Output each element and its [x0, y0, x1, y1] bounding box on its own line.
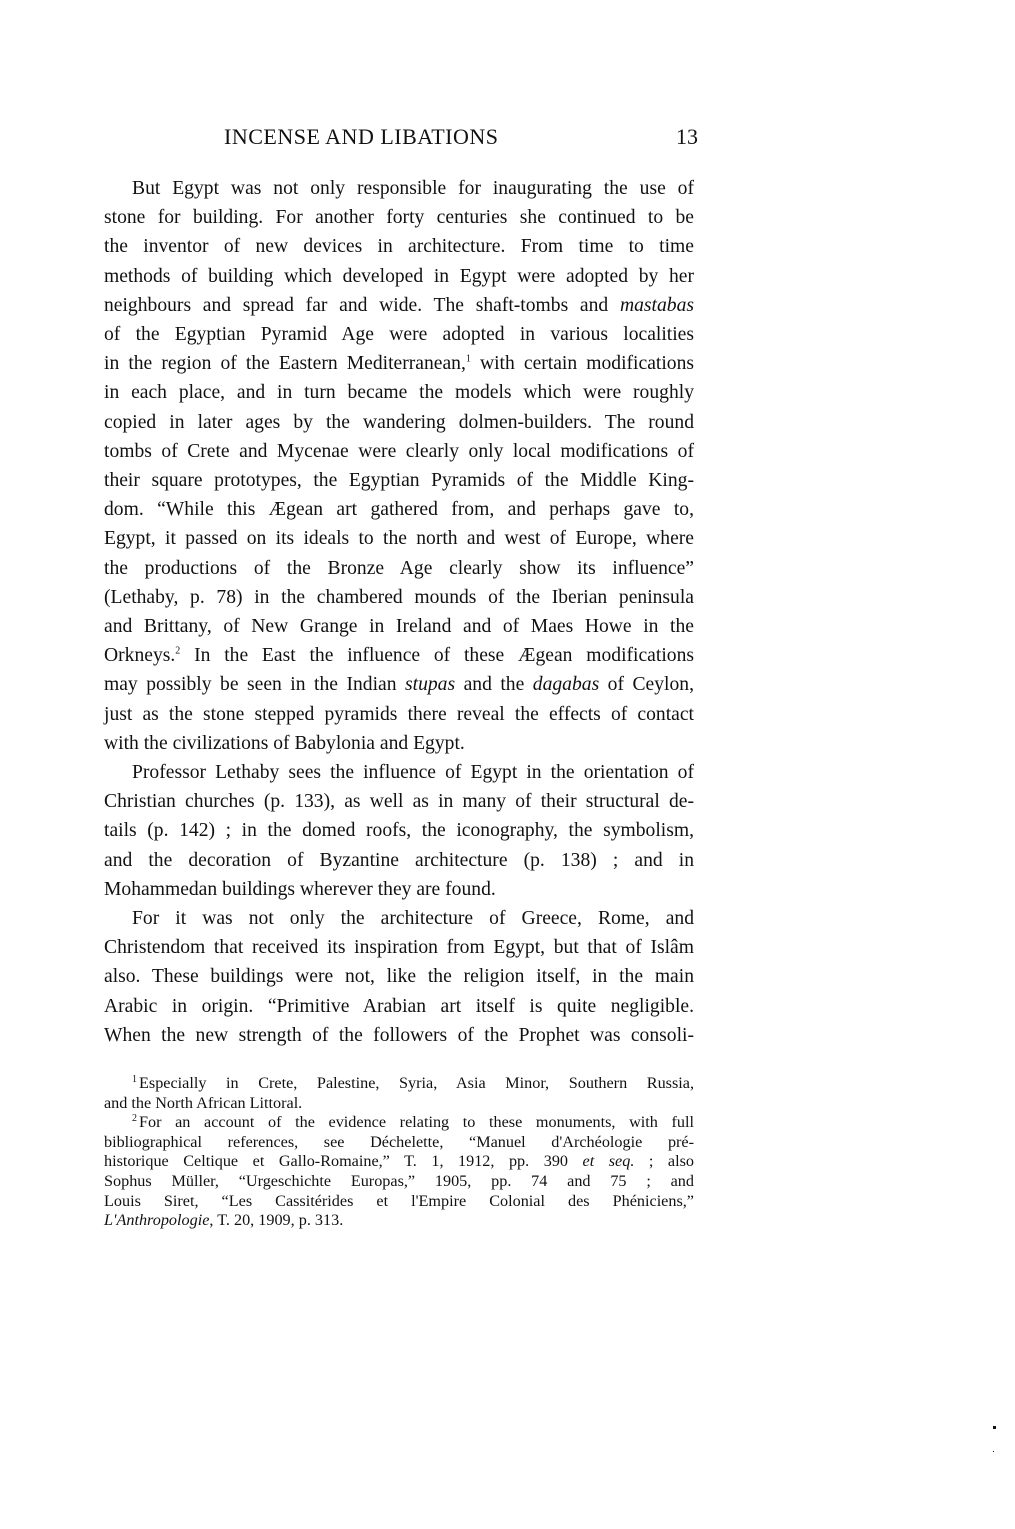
text-line: methods of building which developed in E…: [104, 262, 694, 291]
text-segment: Especially in Crete, Palestine, Syria, A…: [139, 1074, 694, 1092]
text-line: and Brittany, of New Grange in Ireland a…: [104, 612, 694, 641]
text-line: and the decoration of Byzantine architec…: [104, 846, 694, 875]
paragraph-1: But Egypt was not only responsible for i…: [104, 174, 694, 758]
footnote-number: 2: [132, 1113, 139, 1124]
footnote-line: bibliographical references, see Déchelet…: [104, 1133, 694, 1153]
text-line: Professor Lethaby sees the influence of …: [104, 758, 694, 787]
text-segment: Orkneys.: [104, 645, 175, 666]
footnote-line: historique Celtique et Gallo-Romaine,” T…: [104, 1152, 694, 1172]
footnote-number: 1: [132, 1074, 139, 1085]
footnote-1: 1Especially in Crete, Palestine, Syria, …: [104, 1074, 694, 1113]
body-text: But Egypt was not only responsible for i…: [104, 174, 694, 1050]
text-line: the inventor of new devices in architect…: [104, 232, 694, 261]
text-segment: and the: [455, 674, 533, 695]
text-segment: , T. 20, 1909, p. 313.: [209, 1211, 343, 1229]
text-line: neighbours and spread far and wide. The …: [104, 291, 694, 320]
text-line: Mohammedan buildings wherever they are f…: [104, 875, 694, 904]
text-segment: neighbours and spread far and wide. The …: [104, 295, 608, 316]
text-line: just as the stone stepped pyramids there…: [104, 700, 694, 729]
footnote-2: 2For an account of the evidence relating…: [104, 1113, 694, 1231]
footnote-line: 1Especially in Crete, Palestine, Syria, …: [104, 1074, 694, 1094]
italic-term: et seq.: [583, 1152, 635, 1170]
italic-term: dagabas: [533, 674, 599, 695]
text-line: tombs of Crete and Mycenae were clearly …: [104, 437, 694, 466]
text-segment: of Ceylon,: [599, 674, 694, 695]
text-line: with the civilizations of Babylonia and …: [104, 729, 694, 758]
text-segment: In the East the influence of these Ægean…: [180, 645, 694, 666]
text-line: (Lethaby, p. 78) in the chambered mounds…: [104, 583, 694, 612]
text-line: also. These buildings were not, like the…: [104, 962, 694, 991]
footnote-line: Louis Siret, “Les Cassitérides et l'Empi…: [104, 1192, 694, 1212]
footnote-line: L'Anthropologie, T. 20, 1909, p. 313.: [104, 1211, 694, 1231]
text-line: Orkneys.2 In the East the influence of t…: [104, 641, 694, 670]
paragraph-3: For it was not only the architecture of …: [104, 904, 694, 1050]
italic-term: mastabas: [620, 295, 694, 316]
text-segment: may possibly be seen in the Indian: [104, 674, 397, 695]
text-line: of the Egyptian Pyramid Age were adopted…: [104, 320, 694, 349]
text-line: Christendom that received its inspiratio…: [104, 933, 694, 962]
text-line: the productions of the Bronze Age clearl…: [104, 554, 694, 583]
text-line: may possibly be seen in the Indian stupa…: [104, 670, 694, 699]
paragraph-2: Professor Lethaby sees the influence of …: [104, 758, 694, 904]
text-line: stone for building. For another forty ce…: [104, 203, 694, 232]
text-line: in each place, and in turn became the mo…: [104, 378, 694, 407]
page-number: 13: [676, 124, 698, 150]
running-head: INCENSE AND LIBATIONS: [224, 124, 499, 150]
text-line: Christian churches (p. 133), as well as …: [104, 787, 694, 816]
text-line: But Egypt was not only responsible for i…: [104, 174, 694, 203]
text-line: For it was not only the architecture of …: [104, 904, 694, 933]
text-segment: ; also: [634, 1152, 694, 1170]
scan-speck: [993, 1426, 996, 1429]
text-segment: with certain modifications: [471, 353, 694, 374]
italic-term: stupas: [405, 674, 455, 695]
footnote-line: Sophus Müller, “Urgeschichte Europas,” 1…: [104, 1172, 694, 1192]
text-line: in the region of the Eastern Mediterrane…: [104, 349, 694, 378]
text-line: copied in later ages by the wandering do…: [104, 408, 694, 437]
footnote-line: and the North African Littoral.: [104, 1094, 694, 1114]
text-line: their square prototypes, the Egyptian Py…: [104, 466, 694, 495]
text-segment: For an account of the evidence relating …: [139, 1113, 694, 1131]
text-line: When the new strength of the followers o…: [104, 1021, 694, 1050]
text-line: Egypt, it passed on its ideals to the no…: [104, 524, 694, 553]
text-segment: historique Celtique et Gallo-Romaine,” T…: [104, 1152, 568, 1170]
scan-speck: [993, 1451, 994, 1452]
page-header: INCENSE AND LIBATIONS 13: [104, 124, 698, 154]
text-line: Arabic in origin. “Primitive Arabian art…: [104, 992, 694, 1021]
footnote-line: 2For an account of the evidence relating…: [104, 1113, 694, 1133]
text-line: tails (p. 142) ; in the domed roofs, the…: [104, 816, 694, 845]
footnotes: 1Especially in Crete, Palestine, Syria, …: [104, 1074, 694, 1231]
text-line: dom. “While this Ægean art gathered from…: [104, 495, 694, 524]
text-segment: in the region of the Eastern Mediterrane…: [104, 353, 466, 374]
italic-term: L'Anthropologie: [104, 1211, 209, 1229]
